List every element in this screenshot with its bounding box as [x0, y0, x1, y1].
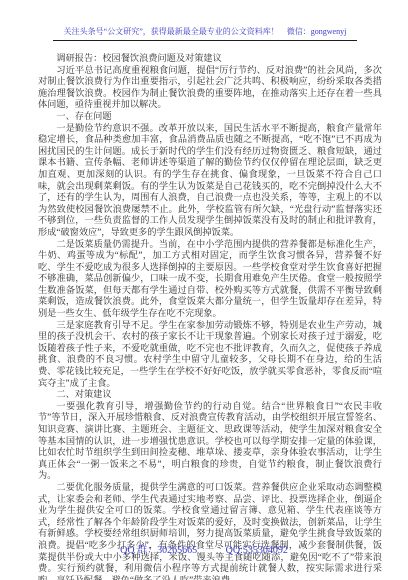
footer-contact: QQ 群：30265665 QQ:535304092 [0, 541, 408, 556]
section-heading-advice: 二、对策建议 [38, 389, 382, 401]
document-title: 调研报告：校园餐饮浪费问题及对策建议 [38, 53, 382, 65]
qq-number: QQ:535304092 [226, 545, 288, 556]
advice-paragraph-1: 一要强化教育引导，增强勤俭节约的行动自觉。结合“世界粮食日”“农民丰收节”等节日… [38, 401, 382, 482]
intro-paragraph: 习近平总书记高度重视粮食问题，提倡“厉行节约、反对浪费”的社会风尚，多次对制止餐… [38, 65, 382, 111]
advice-paragraph-2: 二要优化服务质量，提供学生满意的可口饭菜。营养餐供应企业采取动态调整模式，让家委… [38, 482, 382, 580]
document-page: 关注头条号“公文研究”，获得最新最全最专业的公文资料库！ 微信：gongweny… [0, 0, 408, 580]
header-promo-notice: 关注头条号“公文研究”，获得最新最全最专业的公文资料库！ 微信：gongweny… [53, 26, 357, 41]
problem-paragraph-2: 二是饭菜质量仍需提升。当前，在中小学范围内提供的营养餐都是标准化生产，牛奶、鸡蛋… [38, 239, 382, 320]
section-heading-problems: 一、存在问题 [38, 111, 382, 123]
qq-group-number: QQ 群：30265665 [120, 545, 197, 556]
document-body: 调研报告：校园餐饮浪费问题及对策建议 习近平总书记高度重视粮食问题，提倡“厉行节… [38, 53, 382, 580]
problem-paragraph-1: 一是勤俭节约意识不强。改革开放以来，国民生活水平不断提高，粮食产量常年稳定增长，… [38, 123, 382, 239]
problem-paragraph-3: 三是家庭教育引导不足。学生在家参加劳动锻炼不够，特别是农业生产劳动，城里的孩子没… [38, 320, 382, 390]
